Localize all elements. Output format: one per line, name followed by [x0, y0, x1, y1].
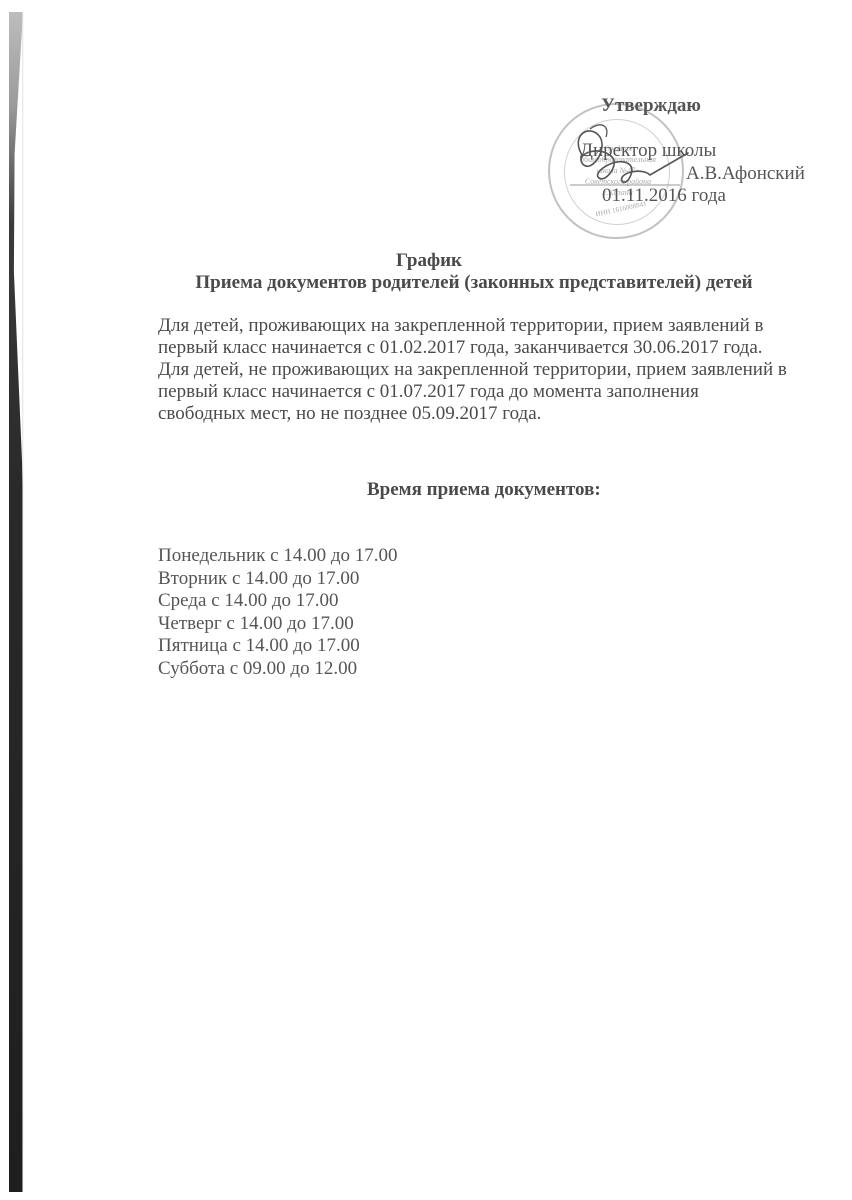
director-role: Директор школы [580, 140, 716, 162]
paragraph-line: первый класс начинается с 01.07.2017 год… [158, 381, 838, 403]
schedule-item-monday: Понедельник с 14.00 до 17.00 [158, 545, 398, 568]
document-title: График [3, 250, 852, 272]
schedule-item-wednesday: Среда с 14.00 до 17.00 [158, 590, 398, 613]
paragraph-line: первый класс начинается с 01.02.2017 год… [158, 337, 838, 359]
schedule-item-saturday: Суббота с 09.00 до 12.00 [158, 658, 398, 681]
admission-terms-paragraph: Для детей, проживающих на закрепленной т… [158, 315, 838, 425]
approval-date: 01.11.2016 года [602, 185, 726, 207]
paragraph-line: Для детей, не проживающих на закрепленно… [158, 359, 838, 381]
scanner-edge-shadow [9, 12, 23, 1192]
director-name: А.В.Афонский [686, 163, 805, 185]
schedule-item-friday: Пятница с 14.00 до 17.00 [158, 635, 398, 658]
schedule-heading: Время приема документов: [367, 479, 601, 501]
document-subtitle: Приема документов родителей (законных пр… [48, 272, 852, 294]
paragraph-line: Для детей, проживающих на закрепленной т… [158, 315, 838, 337]
approval-title: Утверждаю [601, 95, 701, 117]
paragraph-line: свободных мест, но не позднее 05.09.2017… [158, 403, 838, 425]
schedule-list: Понедельник с 14.00 до 17.00 Вторник с 1… [158, 545, 398, 681]
schedule-item-tuesday: Вторник с 14.00 до 17.00 [158, 568, 398, 591]
scanner-edge-highlight [22, 12, 24, 1192]
schedule-item-thursday: Четверг с 14.00 до 17.00 [158, 613, 398, 636]
